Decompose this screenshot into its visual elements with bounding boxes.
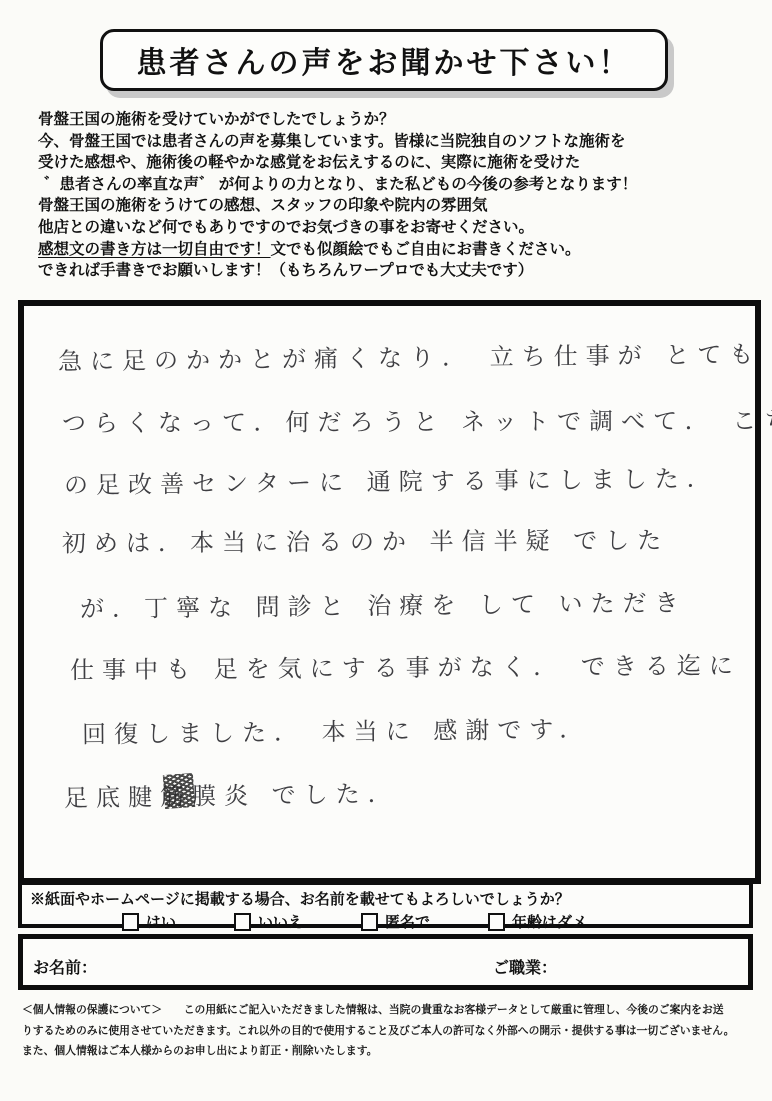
intro-line: 骨盤王国の施術を受けていかがでしたでしょうか？	[38, 109, 748, 131]
intro-paragraph: 骨盤王国の施術を受けていかがでしたでしょうか？ 今、骨盤王国では患者さんの声を募…	[38, 109, 748, 282]
handwritten-line: 足底腱筋膜炎 でした．	[64, 774, 400, 814]
consent-options-row: はい いいえ 匿名で 年齢はダメ	[30, 911, 741, 932]
checkbox-yes[interactable]	[122, 913, 139, 931]
scribble-mark	[163, 773, 195, 809]
handwritten-line: の足改善センターに 通院する事にしました．	[64, 459, 719, 501]
checkbox-no[interactable]	[234, 913, 251, 931]
intro-line: 骨盤王国の施術をうけての感想、スタッフの印象や院内の雰囲気	[38, 195, 748, 217]
checkbox-anonymous-label: 匿名で	[385, 911, 430, 932]
consent-option-no: いいえ	[234, 911, 303, 932]
checkbox-no-label: いいえ	[258, 911, 303, 932]
occupation-field-label: ご職業：	[493, 955, 557, 978]
checkbox-no-age[interactable]	[488, 913, 505, 931]
intro-line-free-format: 感想文の書き方は一切自由です！文でも似顔絵でもご自由にお書きください。	[38, 239, 748, 261]
privacy-line: りするためのみに使用させていただきます。これ以外の目的で使用すること及びご本人の…	[22, 1021, 762, 1042]
privacy-line: また、個人情報はご本人様からのお申し出により訂正・削除いたします。	[22, 1041, 762, 1062]
checkbox-yes-label: はい	[146, 911, 176, 932]
consent-option-yes: はい	[122, 911, 176, 932]
name-field-label: お名前：	[33, 955, 97, 978]
handwritten-line: 回復しました． 本当に 感謝です．	[82, 709, 592, 749]
free-format-underline: 感想文の書き方は一切自由です！	[38, 241, 271, 258]
handwritten-line: 急に足のかかとが痛くなり． 立ち仕事が とても	[58, 334, 762, 376]
page-title: 患者さんの声をお聞かせ下さい！	[137, 38, 632, 82]
handwritten-comment-area: 急に足のかかとが痛くなり． 立ち仕事が とても つらくなって．何だろうと ネット…	[18, 300, 761, 884]
consent-option-anonymous: 匿名で	[361, 911, 430, 932]
handwritten-line: 仕事中も 足を気にする事がなく． できる迄に	[70, 646, 741, 686]
publish-consent-section: ※紙面やホームページに掲載する場合、お名前を載せてもよろしいでしょうか？ はい …	[18, 881, 753, 928]
intro-line: 受けた感想や、施術後の軽やかな感覚をお伝えするのに、実際に施術を受けた	[38, 152, 748, 174]
checkbox-anonymous[interactable]	[361, 913, 378, 931]
consent-question: ※紙面やホームページに掲載する場合、お名前を載せてもよろしいでしょうか？	[30, 888, 741, 909]
intro-line: ゛患者さんの率直な声゛ が何よりの力となり、また私どもの今後の参考となります！	[38, 174, 748, 196]
privacy-line: ＜個人情報の保護について＞ この用紙にご記入いただきました情報は、当院の貴重なお…	[22, 1000, 762, 1021]
intro-line: 他店との違いなど何でもありですのでお気づきの事をお寄せください。	[38, 217, 748, 239]
handwritten-line: が．丁寧な 問診と 治療を して いただき	[80, 583, 687, 624]
handwritten-line: つらくなって．何だろうと ネットで調べて． こちら	[62, 401, 772, 439]
intro-line: できれば手書きでお願いします！（もちろんワープロでも大丈夫です）	[38, 260, 748, 282]
handwritten-line: 初めは．本当に治るのか 半信半疑 でした	[62, 520, 669, 558]
checkbox-no-age-label: 年齢はダメ	[512, 911, 587, 932]
intro-line: 今、骨盤王国では患者さんの声を募集しています。皆様に当院独自のソフトな施術を	[38, 131, 748, 153]
scanned-feedback-form: 患者さんの声をお聞かせ下さい！ 骨盤王国の施術を受けていかがでしたでしょうか？ …	[0, 0, 772, 1101]
name-occupation-section: お名前： ご職業：	[18, 934, 753, 990]
title-banner: 患者さんの声をお聞かせ下さい！	[100, 29, 668, 91]
privacy-notice: ＜個人情報の保護について＞ この用紙にご記入いただきました情報は、当院の貴重なお…	[22, 1000, 762, 1062]
consent-option-no-age: 年齢はダメ	[488, 911, 587, 932]
free-format-rest: 文でも似顔絵でもご自由にお書きください。	[271, 241, 581, 258]
